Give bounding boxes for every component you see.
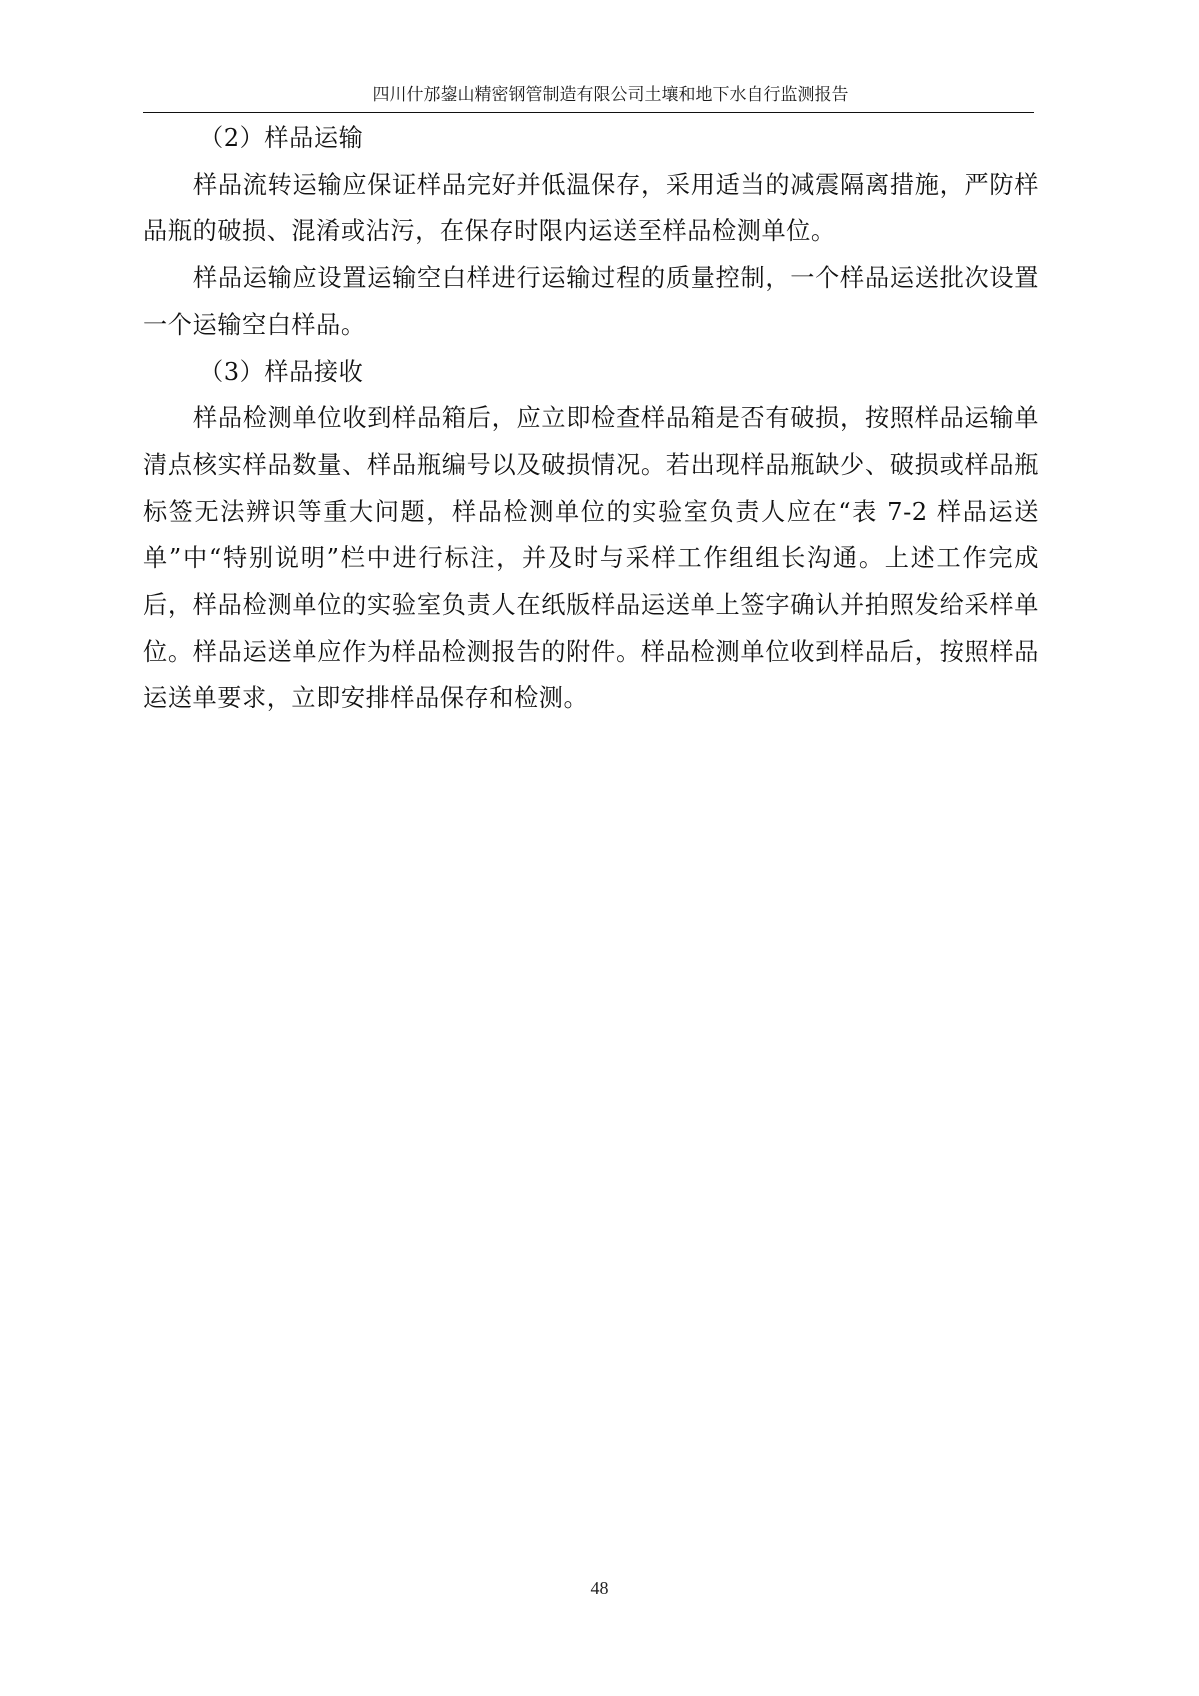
page-number: 48 xyxy=(0,1578,1199,1599)
page-header-title: 四川什邡鋆山精密钢管制造有限公司土壤和地下水自行监测报告 xyxy=(143,84,1038,106)
document-body: （2）样品运输 样品流转运输应保证样品完好并低温保存，采用适当的减震隔离措施，严… xyxy=(143,115,1039,722)
header-divider xyxy=(143,112,1034,113)
paragraph-transport-blank: 样品运输应设置运输空白样进行运输过程的质量控制，一个样品运送批次设置一个运输空白… xyxy=(143,255,1039,348)
section-heading-sample-receipt: （3）样品接收 xyxy=(143,349,1039,396)
paragraph-sample-receipt: 样品检测单位收到样品箱后，应立即检查样品箱是否有破损，按照样品运输单清点核实样品… xyxy=(143,395,1039,722)
section-heading-sample-transport: （2）样品运输 xyxy=(143,115,1039,162)
paragraph-transport-storage: 样品流转运输应保证样品完好并低温保存，采用适当的减震隔离措施，严防样品瓶的破损、… xyxy=(143,162,1039,255)
